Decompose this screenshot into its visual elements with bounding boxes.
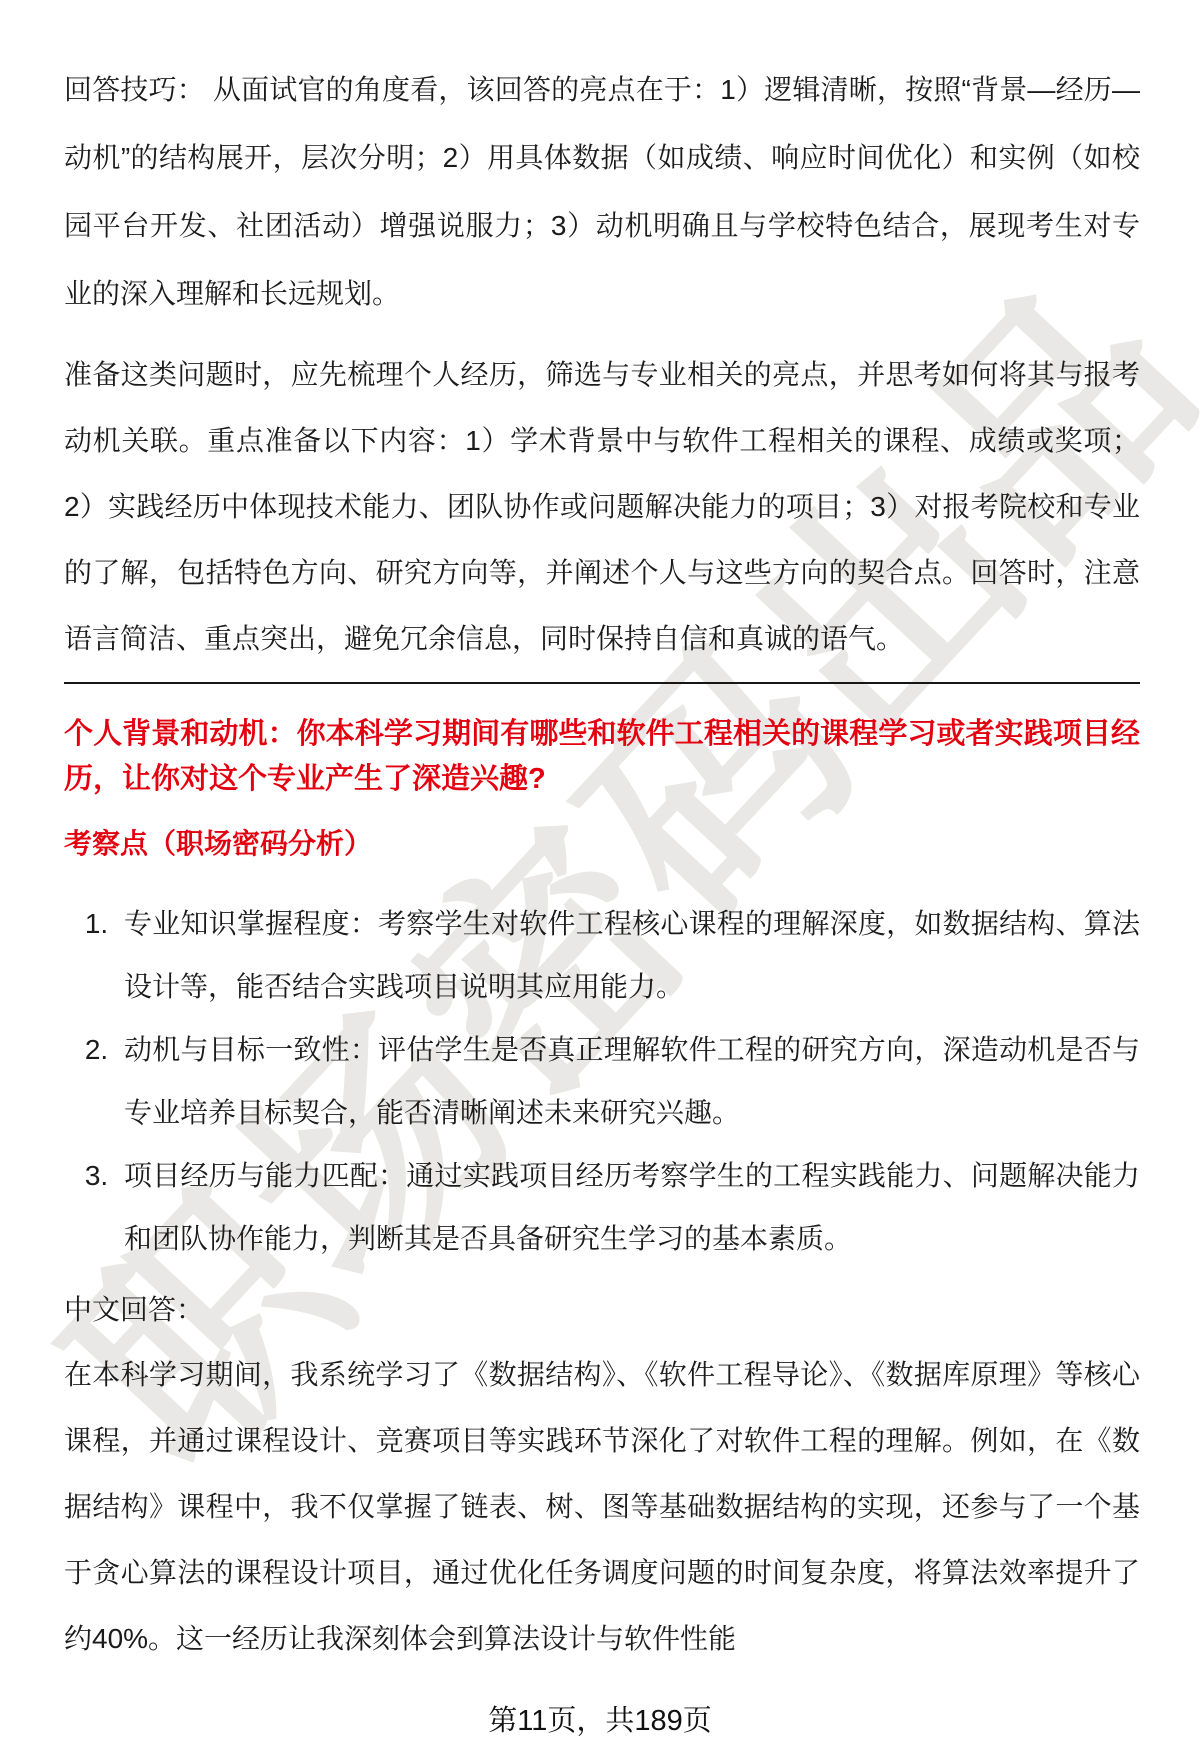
- page-number: 第11页，共189页: [0, 1698, 1200, 1739]
- answer-technique-paragraph: 回答技巧： 从面试官的角度看，该回答的亮点在于：1）逻辑清晰，按照“背景—经历—…: [64, 56, 1140, 328]
- analysis-point-3: 项目经历与能力匹配：通过实践项目经历考察学生的工程实践能力、问题解决能力和团队协…: [116, 1144, 1140, 1270]
- page-content: 回答技巧： 从面试官的角度看，该回答的亮点在于：1）逻辑清晰，按照“背景—经历—…: [0, 0, 1200, 1672]
- answer-paragraph: 在本科学习期间，我系统学习了《数据结构》、《软件工程导论》、《数据库原理》等核心…: [64, 1342, 1140, 1672]
- answer-language-label: 中文回答：: [64, 1290, 1140, 1330]
- document-page: 职场密码出品 回答技巧： 从面试官的角度看，该回答的亮点在于：1）逻辑清晰，按照…: [0, 0, 1200, 1755]
- section-divider: [64, 682, 1140, 684]
- analysis-point-2: 动机与目标一致性：评估学生是否真正理解软件工程的研究方向，深造动机是否与专业培养…: [116, 1018, 1140, 1144]
- interview-question-heading: 个人背景和动机：你本科学习期间有哪些和软件工程相关的课程学习或者实践项目经历，让…: [64, 712, 1140, 802]
- analysis-points-list: 专业知识掌握程度：考察学生对软件工程核心课程的理解深度，如数据结构、算法设计等，…: [64, 892, 1140, 1270]
- analysis-point-1: 专业知识掌握程度：考察学生对软件工程核心课程的理解深度，如数据结构、算法设计等，…: [116, 892, 1140, 1018]
- preparation-advice-paragraph: 准备这类问题时，应先梳理个人经历，筛选与专业相关的亮点，并思考如何将其与报考动机…: [64, 342, 1140, 672]
- analysis-heading: 考察点（职场密码分析）: [64, 826, 1140, 862]
